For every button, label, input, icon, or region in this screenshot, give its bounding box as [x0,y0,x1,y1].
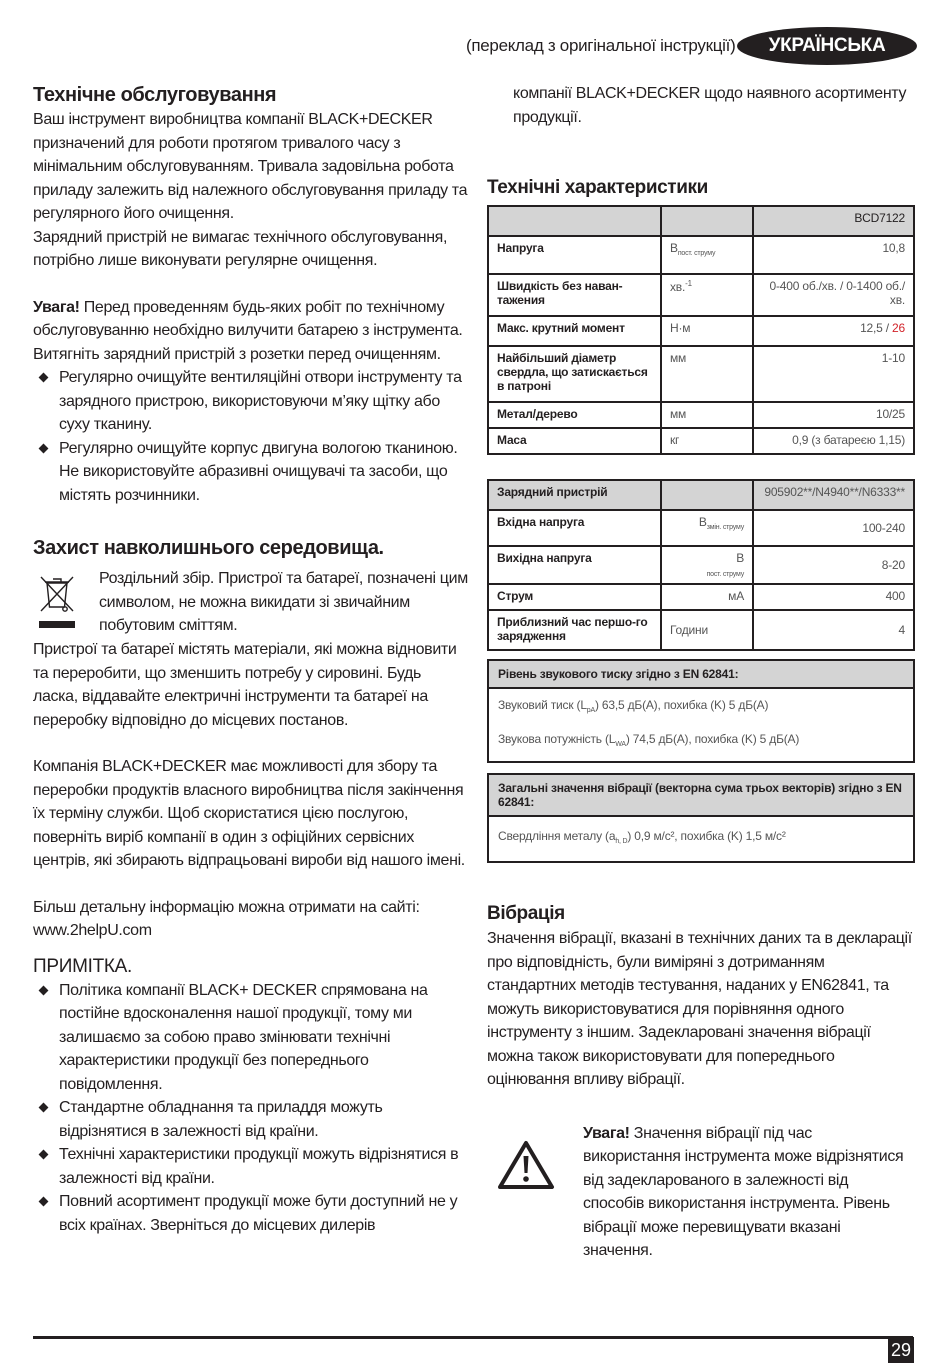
right-column: компанії BLACK+DECKER щодо наявного асор… [487,82,915,1262]
footer-rule [33,1336,913,1339]
charger-spec-table: Зарядний пристрій 905902**/N4940**/N6333… [487,479,915,651]
spec-unit: Години [661,610,753,650]
vibration-table: Загальні значення вібрації (векторна сум… [487,773,915,863]
spec-unit: мА [661,584,753,610]
maintenance-paragraph-2: Зарядний пристрій не вимагає технічного … [33,226,468,273]
charger-model: 905902**/N4940**/N6333** [753,480,914,510]
sound-pressure: Звуковий тиск (LpA) 63,5 дБ(А), похибка … [498,691,904,725]
note-bullet-list: Політика компанії BLACK+ DECKER спрямова… [33,979,468,1238]
list-item-text: Повний асортимент продукції може бути до… [59,1193,457,1234]
maintenance-warning: Увага! Перед проведенням будь-яких робіт… [33,296,468,367]
spec-value: 1-10 [753,346,914,402]
spec-unit: мм [661,402,753,428]
spec-value: 0,9 (з батареєю 1,15) [753,428,914,454]
vibration-title: Вібрація [487,901,915,927]
table-header-row: Зарядний пристрій 905902**/N4940**/N6333… [488,480,914,510]
spec-unit: Впост. струму [661,546,753,584]
table-row: Вихідна напруга Впост. струму 8-20 [488,546,914,584]
table-row: Швидкість без наван-тажения хв.-1 0-400 … [488,274,914,316]
spec-label: Напруга [488,236,661,274]
weee-text: Роздільний збір. Пристрої та батареї, по… [99,567,468,638]
list-item-text: Технічні характеристики продукції можуть… [59,1146,458,1187]
maintenance-note: Не використовуйте абразивні очищувачі та… [33,460,468,507]
spec-label: Метал/дерево [488,402,661,428]
vibration-table-title: Загальні значення вібрації (векторна сум… [488,774,914,816]
warning-label: Увага! [33,299,80,316]
weee-block: Роздільний збір. Пристрої та батареї, по… [33,567,468,638]
model-number: BCD7122 [753,206,914,236]
table-row: Маса кг 0,9 (з батареєю 1,15) [488,428,914,454]
table-row: Напруга Впост. струму 10,8 [488,236,914,274]
spec-value: 0-400 об./хв. / 0-1400 об./хв. [753,274,914,316]
tool-spec-table: BCD7122 Напруга Впост. струму 10,8 Швидк… [487,205,915,455]
environment-paragraph-3: Більш детальну інформацію можна отримати… [33,896,468,943]
table-row: Найбільший діаметр свердла, що затискаєт… [488,346,914,402]
maintenance-title: Технічне обслуговування [33,82,468,108]
diamond-bullet-icon [39,1150,49,1160]
note-continuation: компанії BLACK+DECKER щодо наявного асор… [487,82,915,129]
diamond-bullet-icon [39,373,49,383]
spec-value: 10,8 [753,236,914,274]
list-item: Стандартне обладнання та приладдя можуть… [33,1096,468,1143]
left-column: Технічне обслуговування Ваш інструмент в… [33,82,468,1237]
spec-value: 4 [753,610,914,650]
spec-label: Вихідна напруга [488,546,661,584]
spec-label: Вхідна напруга [488,510,661,546]
spec-label: Швидкість без наван-тажения [488,274,661,316]
list-item-text: Політика компанії BLACK+ DECKER спрямова… [59,982,428,1093]
environment-paragraph-1: Пристрої та батареї містять матеріали, я… [33,638,468,732]
spec-unit: хв.-1 [661,274,753,316]
vibration-warning-block: Увага! Значення вібрації під час викорис… [487,1122,915,1262]
list-item: Регулярно очищуйте вентиляційні отвори і… [33,366,468,437]
spec-unit: кг [661,428,753,454]
spec-label: Приблизний час першо-го зарядження [488,610,661,650]
vibration-value: Свердління металу (ah, D) 0,9 м/с², похи… [488,816,914,862]
specs-title: Технічні характеристики [487,175,915,201]
spec-unit: Впост. струму [661,236,753,274]
list-item: Політика компанії BLACK+ DECKER спрямова… [33,979,468,1097]
spec-label: Найбільший діаметр свердла, що затискаєт… [488,346,661,402]
sound-values: Звуковий тиск (LpA) 63,5 дБ(А), похибка … [488,688,914,762]
warning-label: Увага! [583,1125,630,1142]
spec-value: 400 [753,584,914,610]
warning-triangle-icon [497,1140,555,1190]
spec-value: 8-20 [753,546,914,584]
spec-value: 100-240 [753,510,914,546]
maintenance-bullet-list: Регулярно очищуйте вентиляційні отвори і… [33,366,468,460]
spec-unit: мм [661,346,753,402]
table-row: Макс. крутний момент Н·м 12,5 / 26 [488,316,914,346]
page-number: 29 [888,1337,914,1363]
environment-title: Захист навколишнього середовища. [33,535,468,561]
environment-paragraph-2: Компанія BLACK+DECKER має можливості для… [33,755,468,873]
spec-unit: Взмін. струму [661,510,753,546]
vibration-paragraph: Значення вібрації, вказані в технічних д… [487,927,915,1092]
list-item: Регулярно очищуйте корпус двигуна волого… [33,437,468,461]
note-title: ПРИМІТКА. [33,955,468,979]
spec-label: Маса [488,428,661,454]
spec-label: Струм [488,584,661,610]
language-badge: УКРАЇНСЬКА [737,27,917,65]
list-item-text: Регулярно очищуйте вентиляційні отвори і… [59,369,462,433]
diamond-bullet-icon [39,443,49,453]
table-row: Вхідна напруга Взмін. струму 100-240 [488,510,914,546]
spec-value: 10/25 [753,402,914,428]
list-item: Технічні характеристики продукції можуть… [33,1143,468,1190]
spec-label: Макс. крутний момент [488,316,661,346]
table-row: Метал/дерево мм 10/25 [488,402,914,428]
diamond-bullet-icon [39,1103,49,1113]
spec-unit: Н·м [661,316,753,346]
crossed-bin-icon [37,571,77,631]
table-row: Приблизний час першо-го зарядження Годин… [488,610,914,650]
sound-power: Звукова потужність (LWA) 74,5 дБ(А), пох… [498,725,904,759]
maintenance-paragraph-1: Ваш інструмент виробництва компанії BLAC… [33,108,468,226]
header-subtitle: (переклад з оригінальної інструкції) [466,36,735,56]
list-item-text: Регулярно очищуйте корпус двигуна волого… [59,440,458,457]
diamond-bullet-icon [39,985,49,995]
warning-text: Перед проведенням будь-яких робіт по тех… [33,299,462,363]
list-item: Повний асортимент продукції може бути до… [33,1190,468,1237]
spec-value: 12,5 / 26 [753,316,914,346]
list-item-text: Стандартне обладнання та приладдя можуть… [59,1099,382,1140]
table-row: Струм мА 400 [488,584,914,610]
table-header-row: BCD7122 [488,206,914,236]
vibration-warning-text: Увага! Значення вібрації під час викорис… [583,1122,913,1263]
diamond-bullet-icon [39,1197,49,1207]
sound-table: Рівень звукового тиску згідно з EN 62841… [487,659,915,763]
charger-label: Зарядний пристрій [488,480,661,510]
sound-table-title: Рівень звукового тиску згідно з EN 62841… [488,660,914,688]
